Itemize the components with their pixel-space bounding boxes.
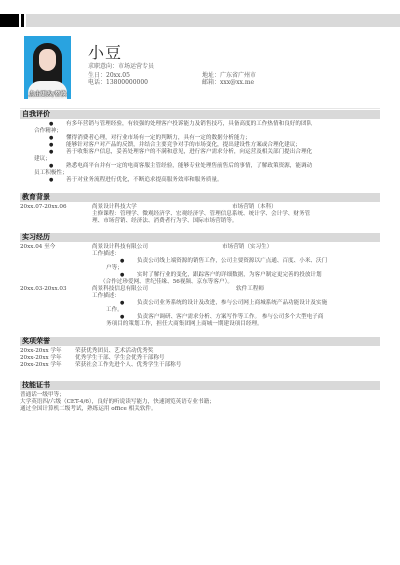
education-major: 市场营销（本科） [232,204,277,210]
section-title: 实习经历 [22,233,50,242]
job-role: 软件工程师 [236,286,264,292]
self-eval-line: 熟悉电商平台并有一定的电商客服主管经验，能够专业处理售前售后的事情，了解政策资源… [66,163,312,169]
section-title: 技能证书 [22,381,50,390]
bullet-icon: ● [120,314,124,320]
skill-line: 通过全国计算机二级考试，熟练运用 office 相关软件。 [20,406,157,412]
top-bar-black-block [0,14,19,27]
award-year: 20xx-20xx 学年 [20,362,62,368]
self-eval-line: 员工积极性； [34,170,68,176]
top-decor-bar [0,14,400,27]
education-courses-line: 主修课程：管理学、微观经济学、宏观经济学、管理信息系统、统计学、会计学、财务管 [92,211,310,217]
section-title: 教育背景 [22,193,50,202]
section-awards-header: 奖项荣誉 [20,337,380,346]
top-bar-grey-band [26,14,400,27]
job-desc-line: 负责客户调研、客户需求分析、方案写作等工作。 参与公司多个大型电子商 [137,314,323,320]
job-desc-line: 工作。 [106,307,123,313]
section-title: 奖项荣誉 [22,337,50,346]
job-company: 尚景设计科技有限公司 [92,244,148,250]
job-desc-label: 工作描述： [92,251,120,257]
bullet-icon: ● [49,142,53,148]
birth-info: 生日：20xx.05 [88,72,130,79]
photo-face [39,49,56,71]
self-eval-line: 合作精神； [34,128,62,134]
profile-photo[interactable]: 点击更改/替换 [24,36,71,99]
address-info: 地址：广东省广州市 [202,72,256,79]
job-desc-label: 工作描述： [92,293,120,299]
header-divider [20,108,380,109]
job-intent: 求职意向：市场运营专员 [88,61,154,70]
bullet-icon: ● [49,135,53,141]
photo-change-label[interactable]: 点击更改/替换 [24,89,71,98]
section-education-header: 教育背景 [20,193,380,202]
self-eval-line: 善于收集客户信息，妥善处理客户的不满和意见，进行客户需求分析，向运营及相关部门提… [66,149,312,155]
bullet-icon: ● [120,300,124,306]
job-date: 20xx.03-20xx.03 [20,286,67,292]
bullet-icon: ● [49,121,53,127]
self-eval-line: 懂得消费者心理，对行业市场有一定的判断力，具有一定的数据分析能力； [66,135,251,141]
skill-line: 普通话一级甲等； [20,392,65,398]
education-school: 尚景设计科技大学 [92,204,137,210]
award-year: 20xx-20xx 学年 [20,348,62,354]
award-text: 优秀学生干部、学生会优秀干部称号 [75,355,165,361]
job-role: 市场营销（实习生） [222,244,272,250]
skill-line: 大学英语四/六级（CET-4/6），良好的听说读写能力，快速浏览英语专业书籍； [20,399,215,405]
top-bar-thin-stripe [21,14,24,27]
section-skills-header: 技能证书 [20,381,380,390]
bullet-icon: ● [120,272,124,278]
job-date: 20xx.04 至今 [20,244,55,250]
bullet-icon: ● [49,163,53,169]
bullet-icon: ● [120,258,124,264]
section-internship-header: 实习经历 [20,233,380,242]
email-info: 邮箱：xxx@xx.me [202,79,254,86]
job-desc-line: 负责公司线上端资源的销售工作，公司主要资源以广点通、百度、小米、沃门 [137,258,327,264]
section-title: 自我评价 [22,110,50,119]
job-desc-line: 户等； [106,265,123,271]
self-eval-line: 能够针对客户对产品的反馈，并结合主要竞争对手的市场变化，提出建设性方案或合理化建… [66,142,301,148]
job-desc-line: 负责公司业务系统的设计及改进，参与公司网上商城系统产品功能设计及实施 [137,300,327,306]
award-year: 20xx-20xx 学年 [20,355,62,361]
job-desc-line: 务项目的策划工作，担任大商集团网上商城一期建设项目经理。 [106,321,263,327]
section-self-eval-header: 自我评价 [20,110,380,119]
education-date: 20xx.07-20xx.06 [20,204,67,210]
job-desc-line: （合作过珍爱网、世纪佳缘、56视频、京东等客户）。 [100,279,233,285]
job-company: 尚景科技信息有限公司 [92,286,148,292]
job-desc-line: 实时了解行业的变化，跟踪客户的详细数据，为客户制定更完善的投放计划 [137,272,322,278]
phone-info: 电话：13800000000 [88,79,148,86]
education-courses-line: 理、市场营销、经济法、消费者行为学、国际市场营销等。 [92,218,237,224]
bullet-icon: ● [49,149,53,155]
award-text: 荣获社会工作先进个人、优秀学生干部称号 [75,362,181,368]
self-eval-line: 善于对业务流程进行优化，不断追求提高服务效率和服务质量。 [66,177,223,183]
candidate-name: 小豆 [88,40,122,63]
self-eval-line: 有多年营销与管理经验，有较强的处理客户投诉能力及销售技巧，具备高度的工作热情和良… [66,121,312,127]
bullet-icon: ● [49,177,53,183]
award-text: 荣获优秀团员、艺术活动优秀奖 [75,348,153,354]
self-eval-line: 建议； [34,156,51,162]
